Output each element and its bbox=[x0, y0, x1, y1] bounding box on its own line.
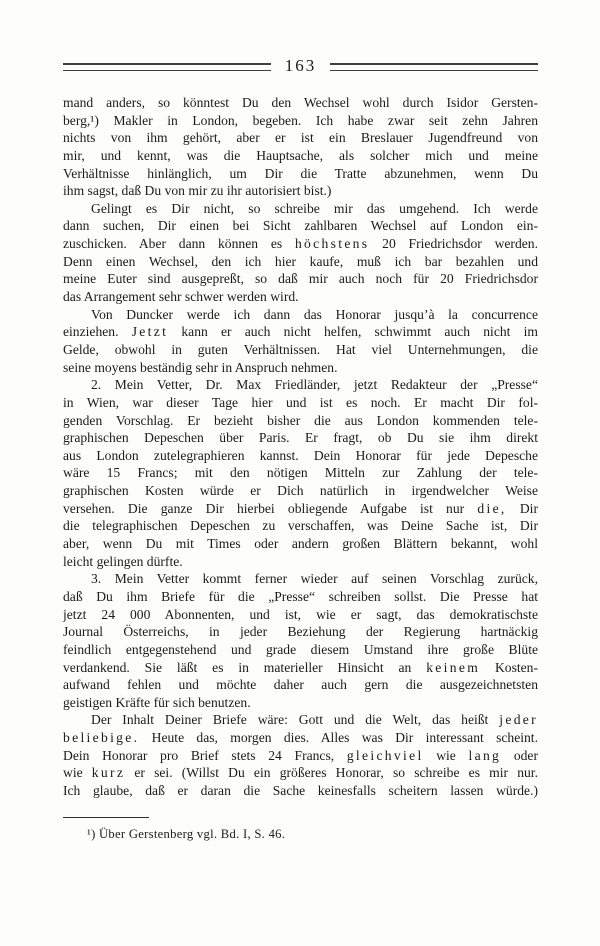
letterspaced-text: jeder bbox=[499, 712, 538, 727]
text-segment: das Arrangement sehr schwer werden wird. bbox=[63, 289, 299, 304]
book-page: 163 mand anders, so könntest Du den Wech… bbox=[0, 0, 600, 946]
text-segment: graphischen Kosten würde er Dich natürli… bbox=[63, 483, 538, 498]
letterspaced-text: gleichviel bbox=[347, 748, 424, 763]
text-line: die telegraphischen Depeschen zu verscha… bbox=[63, 517, 538, 535]
text-segment: Von Duncker werde ich dann das Honorar j… bbox=[91, 307, 538, 322]
text-line: ihm sagst, daß Du von mir zu ihr autoris… bbox=[63, 182, 538, 200]
text-segment: dann suchen, Dir einen bei Sicht zahlbar… bbox=[63, 218, 538, 233]
page-number: 163 bbox=[271, 57, 331, 74]
text-line: meine Euter sind ausgepreßt, so daß mir … bbox=[63, 270, 538, 288]
text-segment: Der Inhalt Deiner Briefe wäre: Gott und … bbox=[91, 712, 499, 727]
text-line: verdankend. Sie läßt es in materieller H… bbox=[63, 659, 538, 677]
text-segment: zuschicken. Aber dann können es bbox=[63, 236, 295, 251]
text-segment: kann er auch nicht helfen, schwimmt auch… bbox=[168, 324, 538, 339]
text-line: 3. Mein Vetter kommt ferner wieder auf s… bbox=[63, 570, 538, 588]
text-line: Denn einen Wechsel, den ich hier kaufe, … bbox=[63, 253, 538, 271]
text-segment: Gelingt es Dir nicht, so schreibe mir da… bbox=[91, 201, 538, 216]
text-line: genden Vorschlag. Er bezieht bisher die … bbox=[63, 412, 538, 430]
text-line: aus London zutelegraphieren kannst. Dein… bbox=[63, 447, 538, 465]
text-segment: Verhältnisse hinlänglich, um Dir die Tra… bbox=[63, 166, 538, 181]
text-line: seine moyens beständig sehr in Anspruch … bbox=[63, 359, 538, 377]
text-segment: Ich glaube, daß er daran die Sache keine… bbox=[63, 783, 538, 798]
text-segment: einziehen. bbox=[63, 324, 132, 339]
text-line: in Wien, war dieser Tage hier und ist es… bbox=[63, 394, 538, 412]
text-line: einziehen. Jetzt kann er auch nicht helf… bbox=[63, 323, 538, 341]
text-segment: Dein Honorar pro Brief stets 24 Francs, bbox=[63, 748, 347, 763]
text-line: Journal Österreichs, in jeder Beziehung … bbox=[63, 623, 538, 641]
text-line: aufwand fehlen und möchte daher auch ger… bbox=[63, 676, 538, 694]
text-line: graphischen Depeschen über Paris. Er fra… bbox=[63, 429, 538, 447]
text-line: Der Inhalt Deiner Briefe wäre: Gott und … bbox=[63, 711, 538, 729]
letterspaced-text: höchstens bbox=[295, 236, 369, 251]
text-line: mand anders, so könntest Du den Wechsel … bbox=[63, 94, 538, 112]
footnote-separator bbox=[63, 817, 149, 818]
letterspaced-text: beliebige. bbox=[63, 730, 139, 745]
text-segment: wie bbox=[424, 748, 469, 763]
text-segment: er sei. (Willst Du ein größeres Honorar,… bbox=[125, 765, 538, 780]
text-segment: mand anders, so könntest Du den Wechsel … bbox=[63, 95, 538, 110]
text-line: zuschicken. Aber dann können es höchsten… bbox=[63, 235, 538, 253]
text-segment: leicht gelingen dürfte. bbox=[63, 554, 183, 569]
text-line: geistigen Kräfte für sich benutzen. bbox=[63, 694, 538, 712]
text-segment: 20 Friedrichsdor werden. bbox=[369, 236, 538, 251]
text-segment: Kosten- bbox=[480, 660, 538, 675]
text-line: berg,¹) Makler in London, begeben. Ich h… bbox=[63, 112, 538, 130]
text-line: nichts von ihm gehört, aber er ist ein B… bbox=[63, 129, 538, 147]
text-segment: versehen. Die ganze Dir hierbei obliegen… bbox=[63, 501, 477, 516]
text-line: aber, wenn Du mit Times oder andern groß… bbox=[63, 535, 538, 553]
header-rule-left bbox=[63, 63, 271, 71]
text-segment: graphischen Depeschen über Paris. Er fra… bbox=[63, 430, 538, 445]
text-line: daß Du ihm Briefe für die „Presse“ schre… bbox=[63, 588, 538, 606]
text-segment: Heute das, morgen dies. Alles was Dir in… bbox=[139, 730, 538, 745]
letterspaced-text: kurz bbox=[92, 765, 125, 780]
text-segment: geistigen Kräfte für sich benutzen. bbox=[63, 695, 251, 710]
letterspaced-text: keinem bbox=[426, 660, 480, 675]
text-line: Von Duncker werde ich dann das Honorar j… bbox=[63, 306, 538, 324]
text-segment: aus London zutelegraphieren kannst. Dein… bbox=[63, 448, 538, 463]
text-segment: jetzt 24 000 Abonnenten, und ist, wie er… bbox=[63, 607, 538, 622]
text-segment: genden Vorschlag. Er bezieht bisher die … bbox=[63, 413, 538, 428]
text-line: 2. Mein Vetter, Dr. Max Friedländer, jet… bbox=[63, 376, 538, 394]
text-line: leicht gelingen dürfte. bbox=[63, 553, 538, 571]
letterspaced-text: Jetzt bbox=[132, 324, 168, 339]
text-segment: berg,¹) Makler in London, begeben. Ich h… bbox=[63, 113, 538, 128]
text-line: graphischen Kosten würde er Dich natürli… bbox=[63, 482, 538, 500]
text-line: Verhältnisse hinlänglich, um Dir die Tra… bbox=[63, 165, 538, 183]
letterspaced-text: die, bbox=[477, 501, 506, 516]
text-segment: seine moyens beständig sehr in Anspruch … bbox=[63, 360, 337, 375]
text-segment: 3. Mein Vetter kommt ferner wieder auf s… bbox=[91, 571, 538, 586]
letter-text: mand anders, so könntest Du den Wechsel … bbox=[63, 94, 538, 800]
letterspaced-text: lang bbox=[469, 748, 502, 763]
text-line: Ich glaube, daß er daran die Sache keine… bbox=[63, 782, 538, 800]
text-segment: oder bbox=[501, 748, 538, 763]
text-segment: ihm sagst, daß Du von mir zu ihr autoris… bbox=[63, 183, 331, 198]
text-segment: mir, und kennt, was die Hauptsache, als … bbox=[63, 148, 538, 163]
text-line: mir, und kennt, was die Hauptsache, als … bbox=[63, 147, 538, 165]
text-segment: in Wien, war dieser Tage hier und ist es… bbox=[63, 395, 538, 410]
text-segment: verdankend. Sie läßt es in materieller H… bbox=[63, 660, 426, 675]
text-line: dann suchen, Dir einen bei Sicht zahlbar… bbox=[63, 217, 538, 235]
text-segment: meine Euter sind ausgepreßt, so daß mir … bbox=[63, 271, 538, 286]
text-line: Dein Honorar pro Brief stets 24 Francs, … bbox=[63, 747, 538, 765]
text-segment: feindlich entgegenstehend und grade dies… bbox=[63, 642, 538, 657]
text-line: Gelingt es Dir nicht, so schreibe mir da… bbox=[63, 200, 538, 218]
text-line: wie kurz er sei. (Willst Du ein größeres… bbox=[63, 764, 538, 782]
text-line: versehen. Die ganze Dir hierbei obliegen… bbox=[63, 500, 538, 518]
footnote-area: ¹) Über Gerstenberg vgl. Bd. I, S. 46. bbox=[63, 817, 538, 842]
text-line: feindlich entgegenstehend und grade dies… bbox=[63, 641, 538, 659]
text-segment: daß Du ihm Briefe für die „Presse“ schre… bbox=[63, 589, 538, 604]
text-segment: aufwand fehlen und möchte daher auch ger… bbox=[63, 677, 538, 692]
text-segment: Denn einen Wechsel, den ich hier kaufe, … bbox=[63, 254, 538, 269]
text-segment: wäre 15 Francs; mit den nötigen Mitteln … bbox=[63, 465, 538, 480]
text-segment: Journal Österreichs, in jeder Beziehung … bbox=[63, 624, 538, 639]
header-rule-right bbox=[330, 63, 538, 71]
text-segment: 2. Mein Vetter, Dr. Max Friedländer, jet… bbox=[91, 377, 538, 392]
text-segment: wie bbox=[63, 765, 92, 780]
text-line: beliebige. Heute das, morgen dies. Alles… bbox=[63, 729, 538, 747]
footnote-text: ¹) Über Gerstenberg vgl. Bd. I, S. 46. bbox=[63, 826, 538, 842]
text-segment: Gelde, obwohl in guten Verhältnissen. Ha… bbox=[63, 342, 538, 357]
text-line: jetzt 24 000 Abonnenten, und ist, wie er… bbox=[63, 606, 538, 624]
page-header: 163 bbox=[63, 58, 538, 75]
text-segment: Dir bbox=[507, 501, 538, 516]
text-segment: aber, wenn Du mit Times oder andern groß… bbox=[63, 536, 538, 551]
text-line: wäre 15 Francs; mit den nötigen Mitteln … bbox=[63, 464, 538, 482]
text-segment: die telegraphischen Depeschen zu verscha… bbox=[63, 518, 538, 533]
text-line: das Arrangement sehr schwer werden wird. bbox=[63, 288, 538, 306]
text-line: Gelde, obwohl in guten Verhältnissen. Ha… bbox=[63, 341, 538, 359]
text-segment: nichts von ihm gehört, aber er ist ein B… bbox=[63, 130, 538, 145]
